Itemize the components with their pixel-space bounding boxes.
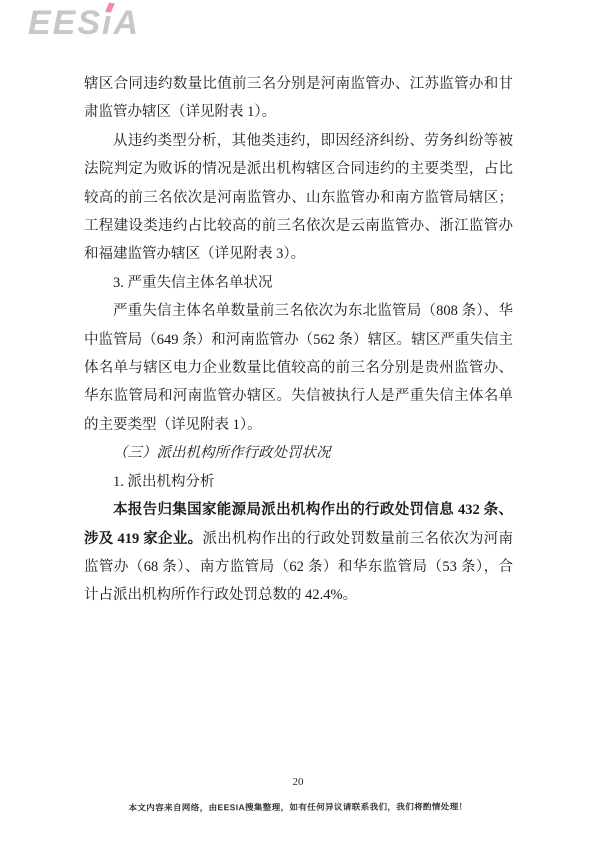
paragraph-violation-types: 从违约类型分析，其他类违约，即因经济纠纷、劳务纠纷等被法院判定为败诉的情况是派出… [84,127,513,269]
paragraph-dishonesty-stats: 严重失信主体名单数量前三名依次为东北监管局（808 条）、华中监管局（649 条… [84,297,513,439]
heading-dishonesty-list: 3. 严重失信主体名单状况 [84,269,513,297]
footer-disclaimer: 本文内容来自网络，由EESIA搜集整理，如有任何异议请联系我们，我们将酌情处理！ [0,800,596,814]
logo-text-right: A [114,4,141,42]
paragraph-continuation: 辖区合同违约数量比值前三名分别是河南监管办、江苏监管办和甘肃监管办辖区（详见附表… [84,70,513,127]
logo-letter-i: i [102,2,113,44]
page-number: 20 [0,776,596,788]
document-page: EESiA 辖区合同违约数量比值前三名分别是河南监管办、江苏监管办和甘肃监管办辖… [0,0,596,842]
heading-agency-analysis: 1. 派出机构分析 [84,468,513,496]
logo-text-left: EES [28,4,102,42]
document-body: 辖区合同违约数量比值前三名分别是河南监管办、江苏监管办和甘肃监管办辖区（详见附表… [84,70,513,610]
paragraph-penalty-stats: 本报告归集国家能源局派出机构作出的行政处罚信息 432 条、涉及 419 家企业… [84,496,513,610]
eesia-logo: EESiA [28,2,140,44]
heading-section-three: （三）派出机构所作行政处罚状况 [84,439,513,467]
